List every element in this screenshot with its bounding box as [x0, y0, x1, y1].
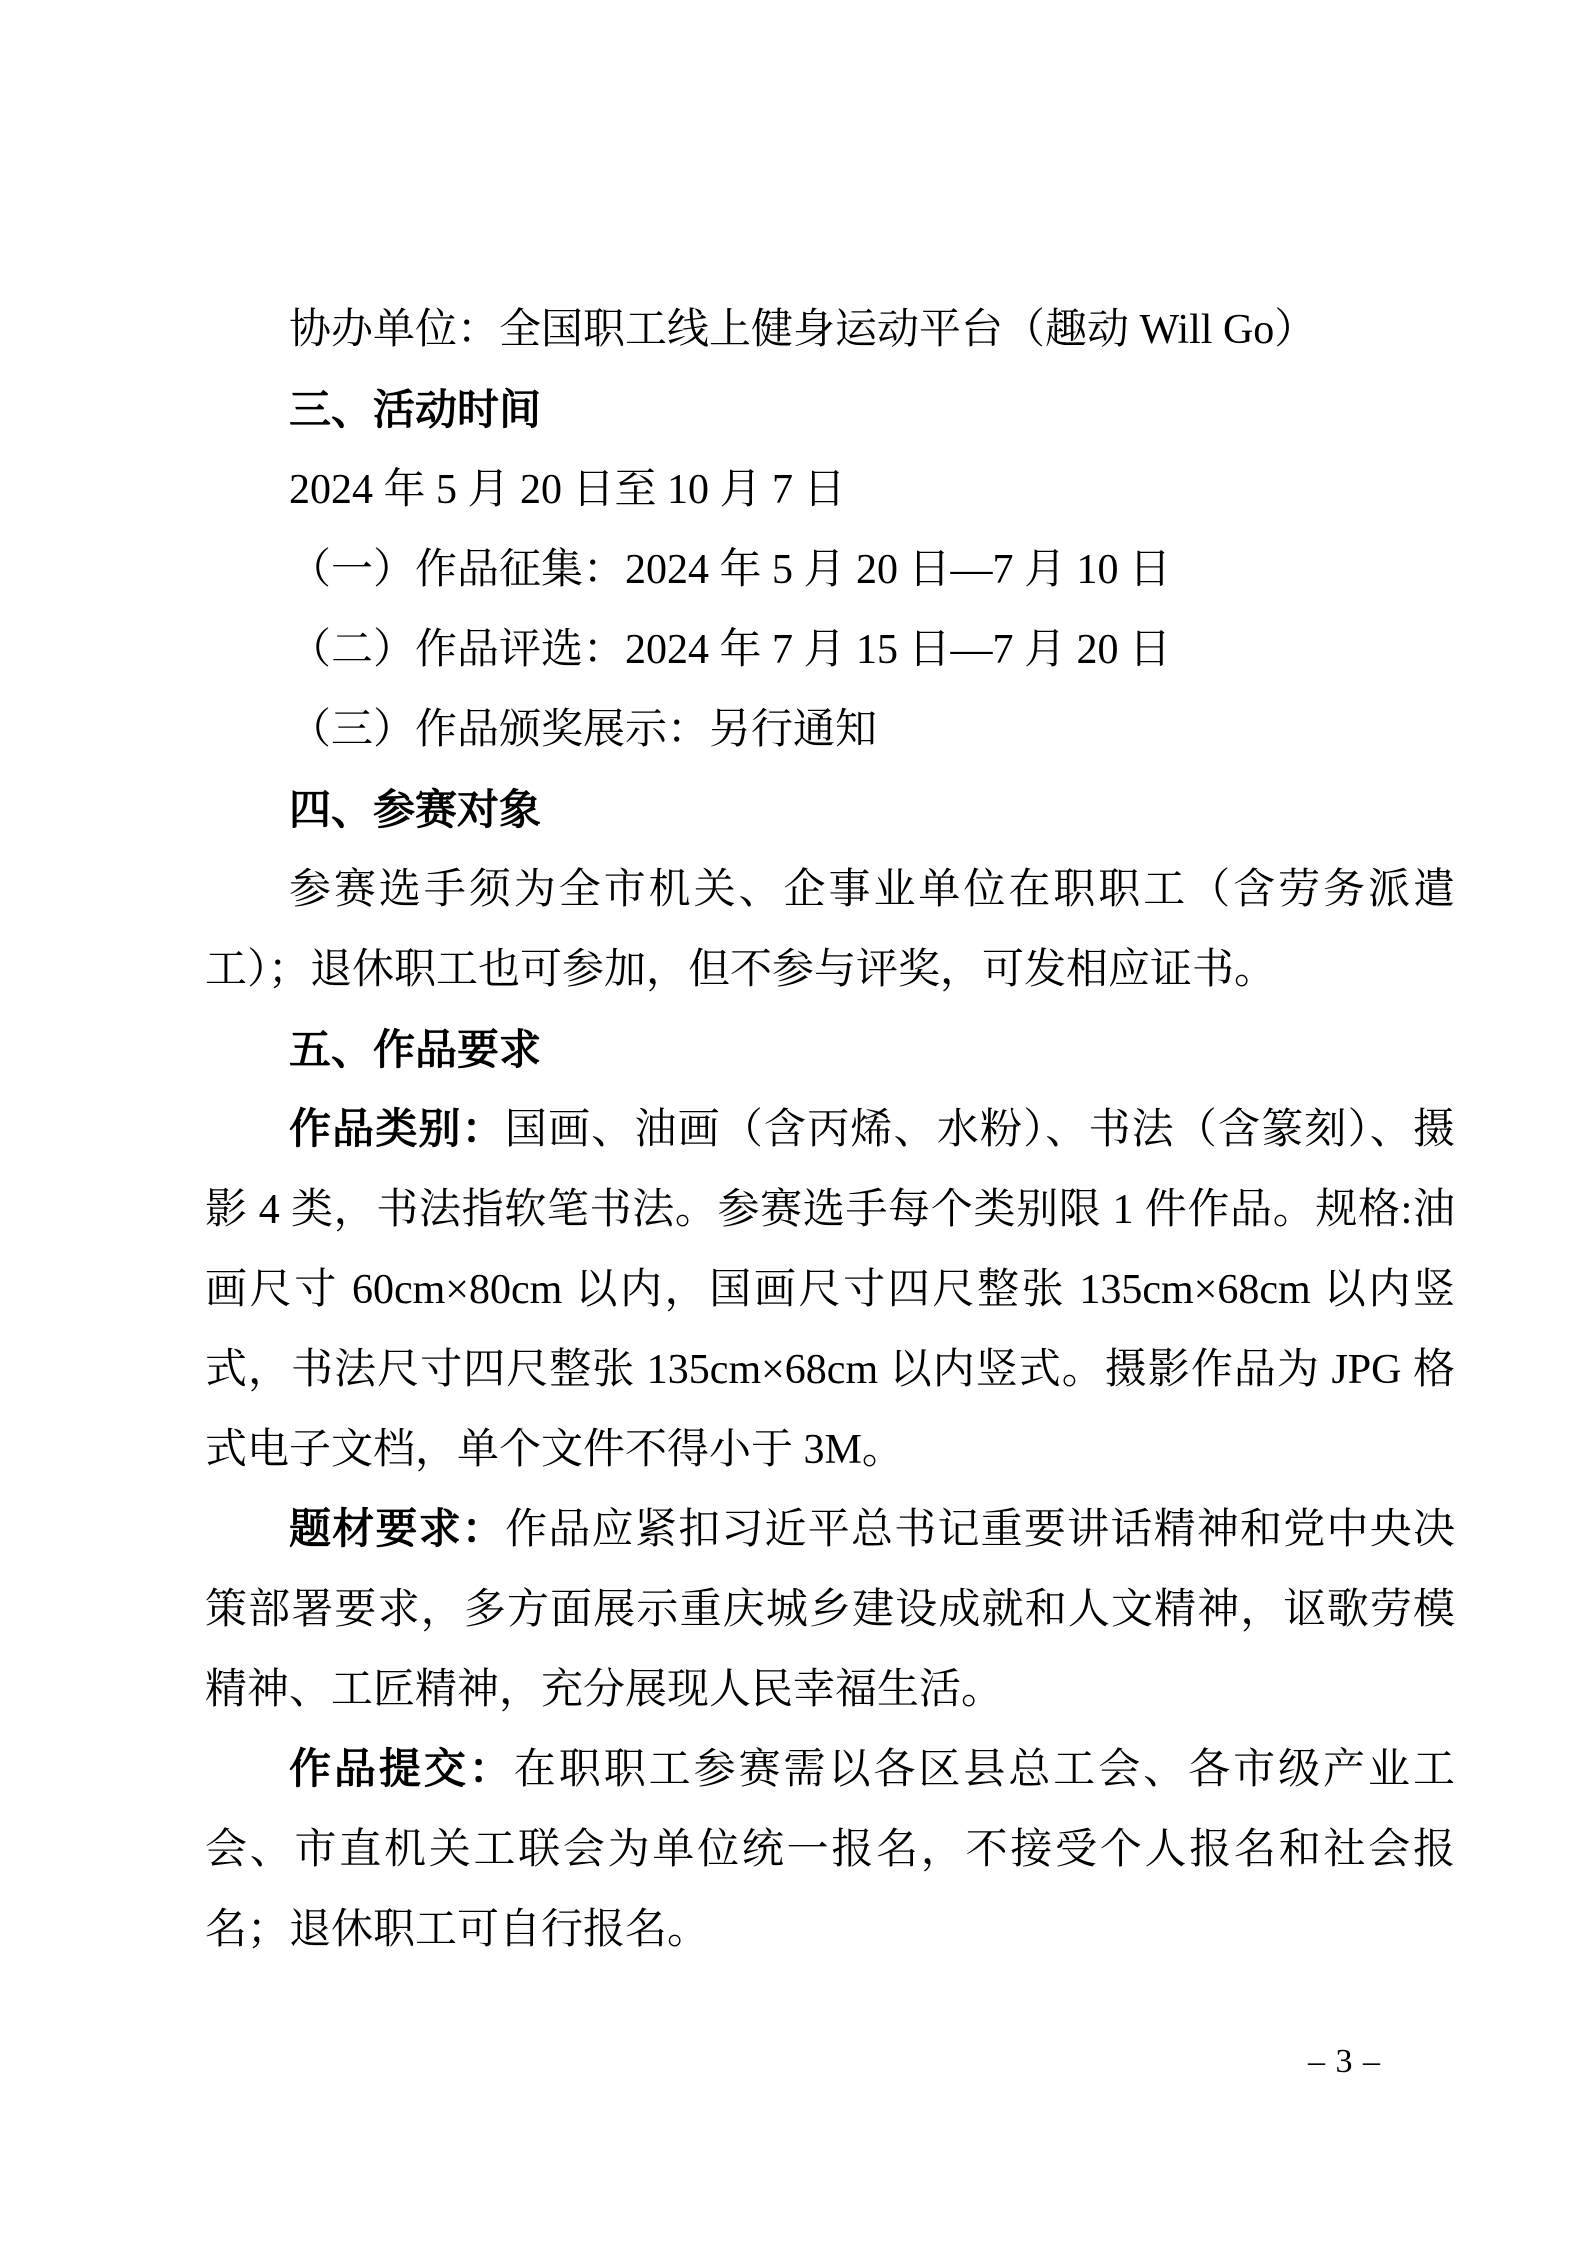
- submission-paragraph-label: 作品提交：: [289, 1747, 514, 1793]
- participants-paragraph-text: 参赛选手须为全市机关、企事业单位在职职工（含劳务派遣工）；退休职工也可参加，但不…: [205, 867, 1455, 993]
- co-organizer-line-text: 协办单位：全国职工线上健身运动平台（趣动 Will Go）: [289, 307, 1316, 353]
- submission-paragraph: 作品提交：在职职工参赛需以各区县总工会、各市级产业工会、市直机关工联会为单位统一…: [205, 1730, 1455, 1970]
- activity-dates-line-text: 2024 年 5 月 20 日至 10 月 7 日: [289, 467, 846, 513]
- award-exhibition-line-text: （三）作品颁奖展示：另行通知: [289, 707, 877, 753]
- activity-dates-line: 2024 年 5 月 20 日至 10 月 7 日: [205, 450, 1455, 530]
- document-page: 协办单位：全国职工线上健身运动平台（趣动 Will Go）三、活动时间2024 …: [0, 0, 1586, 2245]
- page-number: – 3 –: [1308, 2042, 1381, 2082]
- work-category-paragraph: 作品类别：国画、油画（含丙烯、水粉）、书法（含篆刻）、摄影 4 类，书法指软笔书…: [205, 1090, 1455, 1490]
- heading-work-requirements-text: 五、作品要求: [289, 1026, 541, 1073]
- heading-work-requirements: 五、作品要求: [205, 1010, 1455, 1090]
- work-category-paragraph-text: 国画、油画（含丙烯、水粉）、书法（含篆刻）、摄影 4 类，书法指软笔书法。参赛选…: [205, 1107, 1455, 1473]
- collection-period-line-text: （一）作品征集：2024 年 5 月 20 日—7 月 10 日: [289, 547, 1171, 593]
- theme-requirements-paragraph-label: 题材要求：: [289, 1507, 505, 1553]
- document-body: 协办单位：全国职工线上健身运动平台（趣动 Will Go）三、活动时间2024 …: [205, 290, 1455, 1970]
- co-organizer-line: 协办单位：全国职工线上健身运动平台（趣动 Will Go）: [205, 290, 1455, 370]
- heading-participants: 四、参赛对象: [205, 770, 1455, 850]
- award-exhibition-line: （三）作品颁奖展示：另行通知: [205, 690, 1455, 770]
- collection-period-line: （一）作品征集：2024 年 5 月 20 日—7 月 10 日: [205, 530, 1455, 610]
- heading-activity-time: 三、活动时间: [205, 370, 1455, 450]
- work-category-paragraph-label: 作品类别：: [289, 1107, 505, 1153]
- theme-requirements-paragraph: 题材要求：作品应紧扣习近平总书记重要讲话精神和党中央决策部署要求，多方面展示重庆…: [205, 1490, 1455, 1730]
- participants-paragraph: 参赛选手须为全市机关、企事业单位在职职工（含劳务派遣工）；退休职工也可参加，但不…: [205, 850, 1455, 1010]
- evaluation-period-line: （二）作品评选：2024 年 7 月 15 日—7 月 20 日: [205, 610, 1455, 690]
- heading-participants-text: 四、参赛对象: [289, 786, 541, 833]
- evaluation-period-line-text: （二）作品评选：2024 年 7 月 15 日—7 月 20 日: [289, 627, 1171, 673]
- heading-activity-time-text: 三、活动时间: [289, 386, 541, 433]
